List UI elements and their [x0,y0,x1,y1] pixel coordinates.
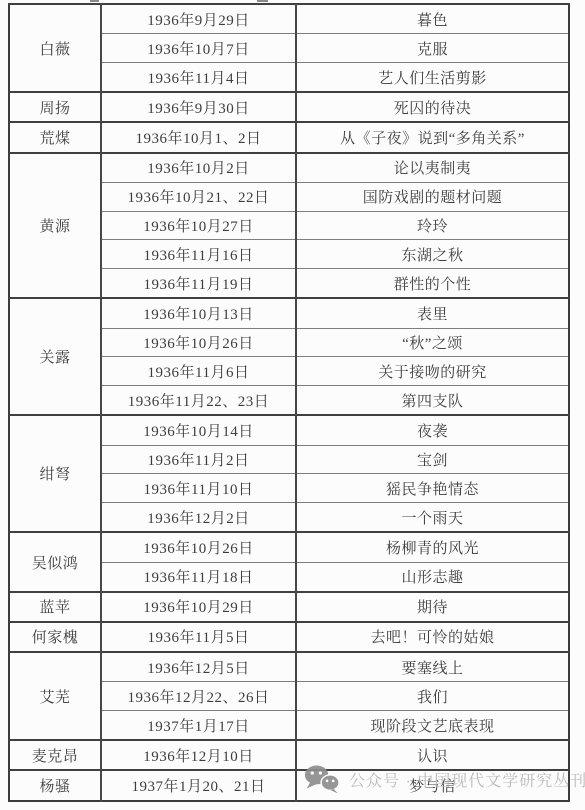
date-cell: 1936年10月14日 [101,415,296,445]
author-cell: 何家槐 [9,622,101,652]
title-cell: 杨柳青的风光 [296,532,569,562]
author-cell: 艾芜 [9,652,101,740]
title-cell: 我们 [296,682,569,711]
publication-table-body: 白薇1936年9月29日暮色1936年10月7日克服1936年11月4日艺人们生… [9,4,569,801]
date-cell: 1937年1月17日 [101,711,296,741]
date-cell: 1936年11月16日 [101,240,296,269]
table-row: 蓝苹1936年10月29日期待 [9,592,569,622]
title-cell: 从《子夜》说到“多角关系” [296,122,569,152]
date-cell: 1936年11月4日 [101,63,296,93]
table-row: 黄源1936年10月2日论以夷制夷 [9,153,569,183]
author-cell: 吴似鸿 [9,532,101,591]
title-cell: 猺民争艳情态 [296,474,569,503]
date-cell: 1936年9月29日 [101,4,296,34]
title-cell: 夜袭 [296,415,569,445]
author-cell: 麦克昂 [9,740,101,770]
author-cell: 周扬 [9,92,101,122]
author-cell: 白薇 [9,4,101,92]
date-cell: 1936年12月5日 [101,652,296,682]
table-row: 荒煤1936年10月1、2日从《子夜》说到“多角关系” [9,122,569,152]
title-cell: 暮色 [296,4,569,34]
title-cell: 一个雨天 [296,503,569,533]
title-cell: 关于接吻的研究 [296,357,569,386]
author-cell: 黄源 [9,153,101,299]
title-cell: 东湖之秋 [296,240,569,269]
table-row: 关露1936年10月13日表里 [9,298,569,328]
date-cell: 1936年11月18日 [101,562,296,592]
title-cell: 艺人们生活剪影 [296,63,569,93]
title-cell: 要塞线上 [296,652,569,682]
author-cell: 关露 [9,298,101,415]
title-cell: 现阶段文艺底表现 [296,711,569,741]
title-cell: “秋”之颂 [296,328,569,357]
title-cell: 去吧！可怜的姑娘 [296,622,569,652]
author-cell: 杨骚 [9,770,101,801]
author-cell: 绀弩 [9,415,101,532]
date-cell: 1936年11月5日 [101,622,296,652]
table-row: 吴似鸿1936年10月26日杨柳青的风光 [9,532,569,562]
title-cell: 山形志趣 [296,562,569,592]
table-row: 白薇1936年9月29日暮色 [9,4,569,34]
wechat-watermark: 公众号 · 中国现代文学研究丛刊 [304,764,585,794]
title-cell: 国防戏剧的题材问题 [296,182,569,211]
wechat-icon [304,764,340,794]
date-cell: 1936年10月21、22日 [101,182,296,211]
table-row: 何家槐1936年11月5日去吧！可怜的姑娘 [9,622,569,652]
date-cell: 1936年10月27日 [101,211,296,240]
date-cell: 1936年11月10日 [101,474,296,503]
title-cell: 第四支队 [296,386,569,416]
watermark-text: 公众号 · 中国现代文学研究丛刊 [349,768,585,791]
date-cell: 1936年11月22、23日 [101,386,296,416]
date-cell: 1936年12月10日 [101,740,296,770]
title-cell: 死囚的待决 [296,92,569,122]
date-cell: 1936年10月26日 [101,328,296,357]
date-cell: 1936年10月29日 [101,592,296,622]
date-cell: 1936年12月2日 [101,503,296,533]
date-cell: 1936年11月6日 [101,357,296,386]
table-row: 周扬1936年9月30日死囚的待决 [9,92,569,122]
title-cell: 宝剑 [296,445,569,474]
title-cell: 期待 [296,592,569,622]
date-cell: 1936年10月13日 [101,298,296,328]
title-cell: 克服 [296,34,569,63]
date-cell: 1936年10月26日 [101,532,296,562]
cropped-row-remnant [90,0,99,2]
date-cell: 1936年10月1、2日 [101,122,296,152]
author-cell: 荒煤 [9,122,101,152]
publication-table: 白薇1936年9月29日暮色1936年10月7日克服1936年11月4日艺人们生… [8,3,570,802]
author-cell: 蓝苹 [9,592,101,622]
date-cell: 1937年1月20、21日 [101,770,296,801]
title-cell: 论以夷制夷 [296,153,569,183]
table-row: 绀弩1936年10月14日夜袭 [9,415,569,445]
title-cell: 表里 [296,298,569,328]
date-cell: 1936年12月22、26日 [101,682,296,711]
date-cell: 1936年11月2日 [101,445,296,474]
cropped-row-remnant [257,0,268,2]
date-cell: 1936年10月7日 [101,34,296,63]
title-cell: 群性的个性 [296,269,569,299]
date-cell: 1936年11月19日 [101,269,296,299]
page: 白薇1936年9月29日暮色1936年10月7日克服1936年11月4日艺人们生… [0,0,585,810]
date-cell: 1936年10月2日 [101,153,296,183]
date-cell: 1936年9月30日 [101,92,296,122]
title-cell: 玲玲 [296,211,569,240]
table-row: 艾芜1936年12月5日要塞线上 [9,652,569,682]
